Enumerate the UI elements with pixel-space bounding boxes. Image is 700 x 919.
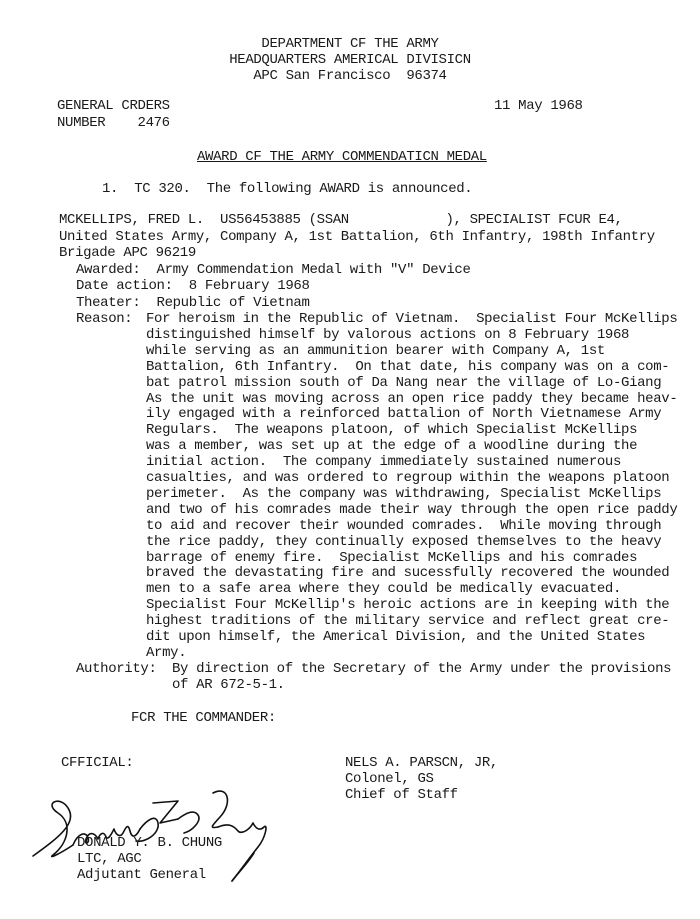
document-title: AWARD CF THE ARMY COMMENDATICN MEDAL: [197, 149, 487, 165]
reason-line: distinguished himself by valorous action…: [146, 327, 629, 343]
field-reason-label: Reason:: [76, 311, 132, 327]
field-awarded: Awarded: Army Commendation Medal with "V…: [76, 262, 471, 278]
reason-line: As the unit was moving across an open ri…: [146, 391, 677, 407]
signer-left-rank: LTC, AGC: [77, 851, 141, 867]
orders-number: NUMBER 2476: [57, 115, 170, 131]
signer-right-name: NELS A. PARSCN, JR,: [345, 755, 498, 771]
announcement: 1. TC 320. The following AWARD is announ…: [102, 181, 472, 197]
reason-line: highest traditions of the military servi…: [146, 613, 669, 629]
reason-line: to aid and recover their wounded comrade…: [146, 518, 661, 534]
field-authority-label: Authority:: [76, 661, 157, 677]
reason-line: perimeter. As the company was withdrawin…: [146, 486, 661, 502]
authority-line: of AR 672-5-1.: [172, 677, 285, 693]
header-apo: APC San Francisco 96374: [0, 68, 700, 84]
header-headquarters: HEADQUARTERS AMERICAL DIVISICN: [0, 52, 700, 68]
signer-right-title: Chief of Staff: [345, 787, 458, 803]
reason-line: Army.: [146, 645, 186, 661]
reason-line: Battalion, 6th Infantry. On that date, h…: [146, 359, 669, 375]
reason-line: casualties, and was ordered to regroup w…: [146, 470, 669, 486]
reason-line: initial action. The company immediately …: [146, 454, 621, 470]
recipient-line-2: United States Army, Company A, 1st Batta…: [59, 229, 655, 245]
reason-line: ily engaged with a reinforced battalion …: [146, 406, 661, 422]
orders-date: 11 May 1968: [494, 98, 583, 114]
header-department: DEPARTMENT CF THE ARMY: [0, 36, 700, 52]
reason-line: For heroism in the Republic of Vietnam. …: [146, 311, 677, 327]
reason-line: barrage of enemy fire. Specialist McKell…: [146, 550, 637, 566]
reason-line: Regulars. The weapons platoon, of which …: [146, 422, 637, 438]
recipient-line-1: MCKELLIPS, FRED L. US56453885 (SSAN ), S…: [59, 212, 623, 228]
for-the-commander: FCR THE COMMANDER:: [131, 710, 276, 726]
reason-line: bat patrol mission south of Da Nang near…: [146, 375, 661, 391]
general-orders-document: DEPARTMENT CF THE ARMY HEADQUARTERS AMER…: [0, 0, 700, 919]
signer-left-title: Adjutant General: [77, 867, 206, 883]
signer-right-rank: Colonel, GS: [345, 771, 434, 787]
recipient-line-3: Brigade APC 96219: [59, 245, 196, 261]
reason-line: and two of his comrades made their way t…: [146, 502, 677, 518]
official-label: CFFICIAL:: [61, 755, 133, 771]
reason-line: was a member, was set up at the edge of …: [146, 438, 637, 454]
reason-line: the rice paddy, they continually exposed…: [146, 534, 661, 550]
field-theater: Theater: Republic of Vietnam: [76, 295, 310, 311]
reason-line: men to a safe area where they could be m…: [146, 581, 621, 597]
orders-label: GENERAL CRDERS: [57, 98, 170, 114]
reason-line: braved the devastating fire and sucessfu…: [146, 565, 669, 581]
field-date-action: Date action: 8 February 1968: [76, 278, 310, 294]
reason-line: while serving as an ammunition bearer wi…: [146, 343, 605, 359]
reason-line: dit upon himself, the Americal Division,…: [146, 629, 645, 645]
reason-line: Specialist Four McKellip's heroic action…: [146, 597, 669, 613]
signer-left-name: DONALD Y. B. CHUNG: [77, 835, 222, 851]
authority-line: By direction of the Secretary of the Arm…: [172, 661, 671, 677]
